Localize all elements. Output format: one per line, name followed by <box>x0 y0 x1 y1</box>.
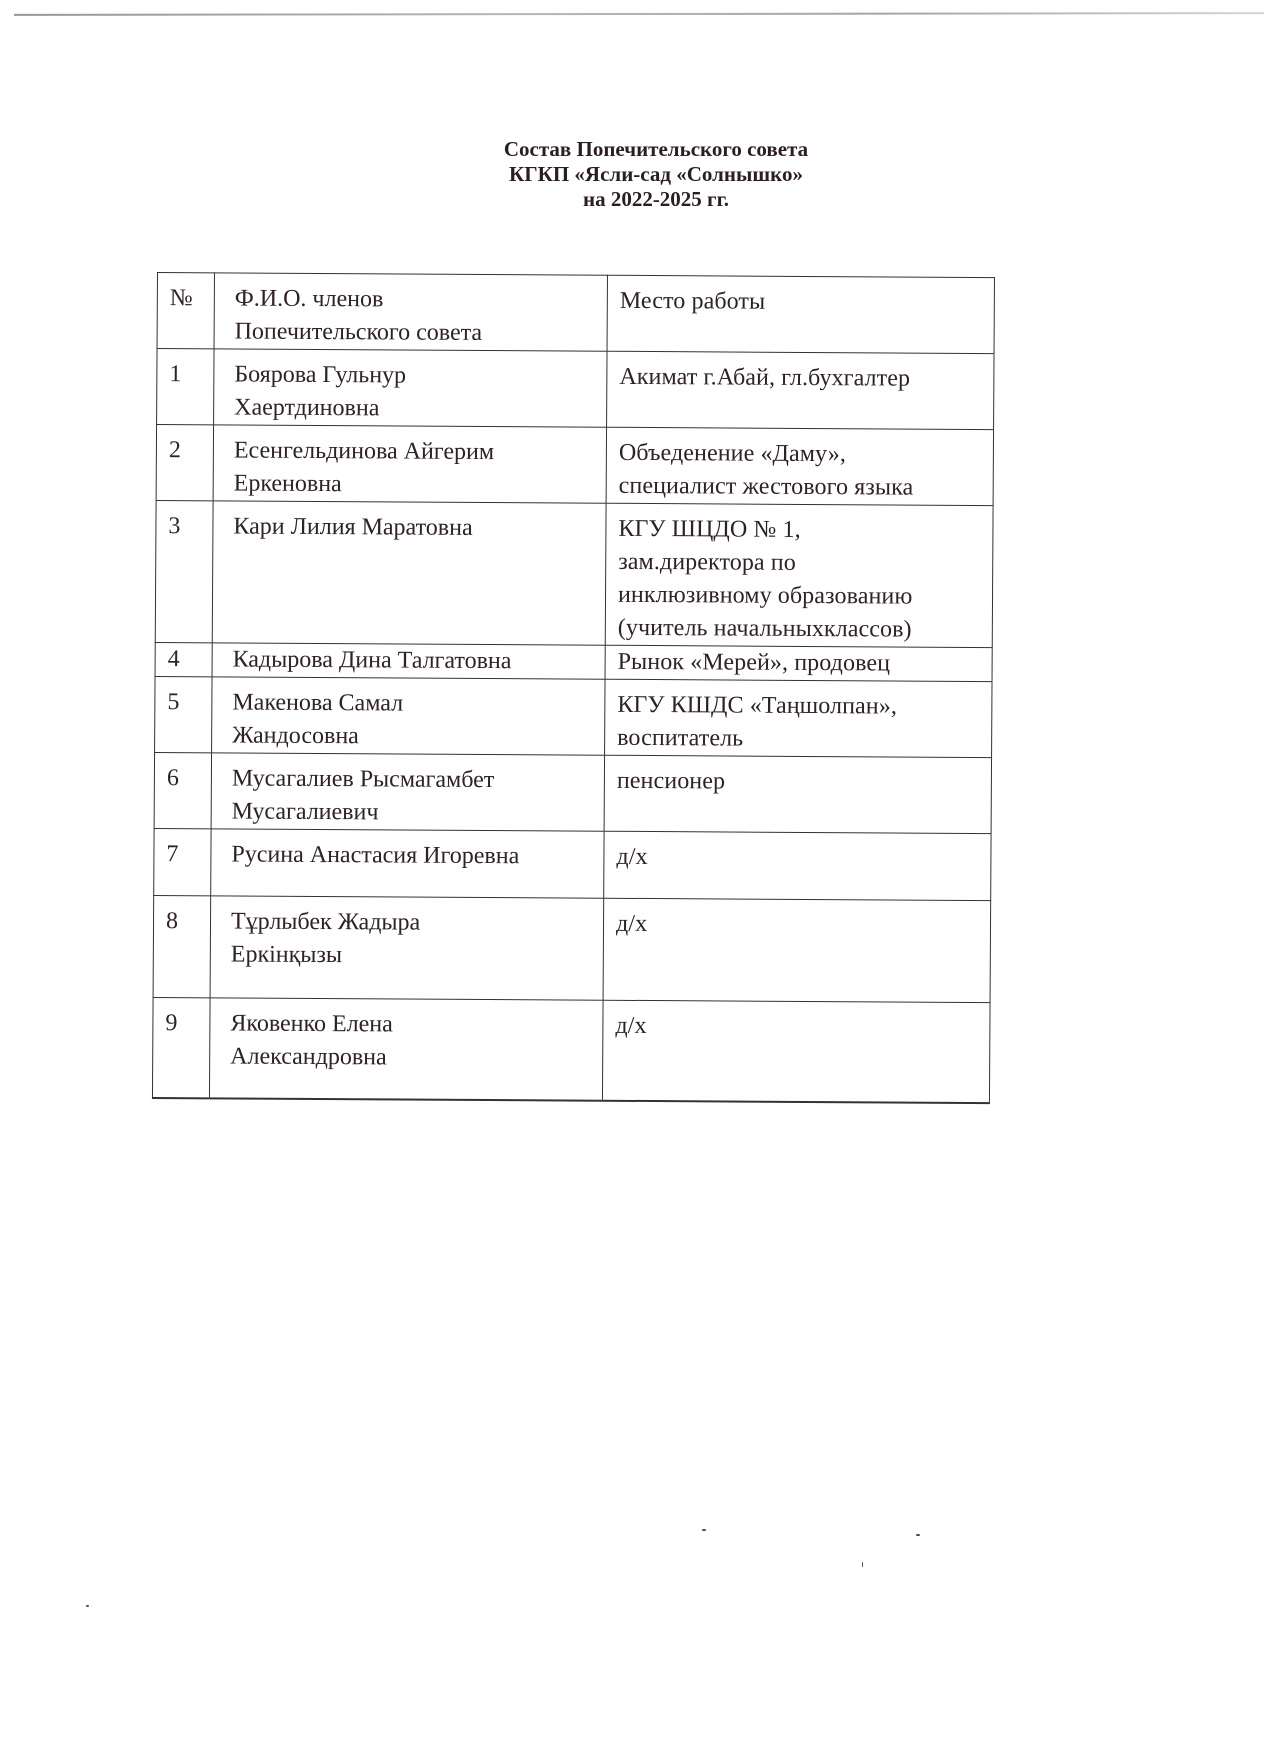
table-row: 1Боярова Гульнур ХаертдиновнаАкимат г.Аб… <box>157 349 994 430</box>
cell-number: 7 <box>154 828 211 895</box>
cell-workplace: пенсионер <box>604 755 991 833</box>
cell-name: Макенова Самал Жандосовна <box>212 677 605 755</box>
cell-name: Яковенко Елена Александровна <box>209 998 603 1100</box>
cell-number-text: 9 <box>165 1010 177 1036</box>
table-row: 7Русина Анастасия Игоревнад/х <box>154 828 991 900</box>
table-row: 2Есенгельдинова Айгерим ЕркеновнаОбъеден… <box>156 425 993 506</box>
cell-name-text: Тұрлыбек Жадыра Еркінқызы <box>231 908 421 968</box>
cell-workplace-text: Акимат г.Абай, гл.бухгалтер <box>619 364 910 392</box>
cell-name-text: Кари Лилия Маратовна <box>233 513 472 540</box>
cell-workplace-text: д/х <box>616 844 647 870</box>
cell-name-text: Яковенко Елена Александровна <box>230 1010 393 1070</box>
cell-workplace-text: Рынок «Мерей», продовец <box>618 649 891 677</box>
scan-edge-line <box>14 12 1264 16</box>
cell-number-text: 6 <box>167 765 179 791</box>
cell-number: 8 <box>153 895 211 997</box>
cell-workplace-text: КГУ КШДС «Таңшолпан», воспитатель <box>617 692 897 752</box>
scan-speck <box>916 1534 920 1536</box>
cell-name: Мусагалиев Рысмагамбет Мусагалиевич <box>211 753 604 831</box>
cell-number-text: 3 <box>168 513 180 539</box>
scan-speck <box>702 1529 706 1531</box>
cell-workplace: д/х <box>602 1000 990 1102</box>
cell-name: Русина Анастасия Игоревна <box>211 829 604 898</box>
cell-number-text: 5 <box>167 689 179 715</box>
cell-number: 6 <box>154 752 211 828</box>
cell-name-text: Русина Анастасия Игоревна <box>231 841 519 869</box>
table-header-row: № Ф.И.О. членов Попечительского совета М… <box>157 273 994 354</box>
table-row: 4Кадырова Дина ТалгатовнаРынок «Мерей», … <box>155 642 992 681</box>
title-line-1: Состав Попечительского совета <box>0 137 1276 162</box>
header-number-text: № <box>170 285 193 311</box>
cell-number-text: 1 <box>169 361 181 387</box>
header-workplace-text: Место работы <box>620 288 766 315</box>
cell-name: Кадырова Дина Талгатовна <box>212 643 605 679</box>
cell-name-text: Макенова Самал Жандосовна <box>232 689 403 749</box>
members-table-container: № Ф.И.О. членов Попечительского совета М… <box>152 272 995 1104</box>
scan-speck <box>862 1562 863 1567</box>
cell-workplace: КГУ ШЦДО № 1, зам.директора по инклюзивн… <box>605 503 993 647</box>
cell-workplace-text: д/х <box>615 1013 646 1039</box>
cell-workplace: КГУ КШДС «Таңшолпан», воспитатель <box>605 679 992 757</box>
table-row: 5Макенова Самал ЖандосовнаКГУ КШДС «Таңш… <box>155 676 992 757</box>
cell-workplace-text: д/х <box>616 911 647 937</box>
cell-number-text: 4 <box>168 646 180 672</box>
cell-name-text: Боярова Гульнур Хаертдиновна <box>234 361 406 421</box>
cell-number: 1 <box>157 349 214 425</box>
cell-workplace: Акимат г.Абай, гл.бухгалтер <box>607 351 994 429</box>
header-number: № <box>157 273 214 349</box>
cell-workplace: д/х <box>604 831 991 900</box>
scan-speck <box>86 1605 89 1607</box>
cell-number-text: 7 <box>166 841 178 867</box>
cell-workplace-text: пенсионер <box>617 768 725 795</box>
cell-workplace: Рынок «Мерей», продовец <box>605 645 992 681</box>
cell-number: 4 <box>155 642 212 676</box>
cell-workplace-text: Объеденение «Даму», специалист жестового… <box>619 440 914 501</box>
document-title: Состав Попечительского совета КГКП «Ясли… <box>0 137 1276 212</box>
header-workplace: Место работы <box>607 275 994 353</box>
cell-workplace: Объеденение «Даму», специалист жестового… <box>606 427 993 505</box>
cell-name: Тұрлыбек Жадыра Еркінқызы <box>210 896 604 1000</box>
title-line-2: КГКП «Ясли-сад «Солнышко» <box>0 162 1276 187</box>
table-row: 9Яковенко Елена Александровнад/х <box>152 997 990 1102</box>
cell-name: Есенгельдинова Айгерим Еркеновна <box>213 425 606 503</box>
cell-number: 5 <box>155 676 212 752</box>
cell-name-text: Кадырова Дина Талгатовна <box>233 646 512 674</box>
cell-number: 3 <box>155 500 213 642</box>
header-name: Ф.И.О. членов Попечительского совета <box>214 273 607 351</box>
cell-name-text: Мусагалиев Рысмагамбет Мусагалиевич <box>232 765 495 825</box>
table-row: 8Тұрлыбек Жадыра Еркінқызыд/х <box>153 895 991 1002</box>
cell-number-text: 8 <box>166 908 178 934</box>
cell-number: 2 <box>156 425 213 501</box>
title-line-3: на 2022-2025 гг. <box>0 187 1276 212</box>
cell-workplace-text: КГУ ШЦДО № 1, зам.директора по инклюзивн… <box>618 516 913 643</box>
cell-name-text: Есенгельдинова Айгерим Еркеновна <box>234 437 495 497</box>
cell-name: Боярова Гульнур Хаертдиновна <box>214 349 607 427</box>
table-row: 6Мусагалиев Рысмагамбет Мусагалиевичпенс… <box>154 752 991 833</box>
cell-number: 9 <box>152 997 210 1097</box>
table-row: 3Кари Лилия МаратовнаКГУ ШЦДО № 1, зам.д… <box>155 500 993 647</box>
members-table: № Ф.И.О. членов Попечительского совета М… <box>152 272 995 1104</box>
header-name-text: Ф.И.О. членов Попечительского совета <box>235 285 483 346</box>
cell-name: Кари Лилия Маратовна <box>212 501 606 645</box>
cell-number-text: 2 <box>169 437 181 463</box>
cell-workplace: д/х <box>603 898 991 1002</box>
